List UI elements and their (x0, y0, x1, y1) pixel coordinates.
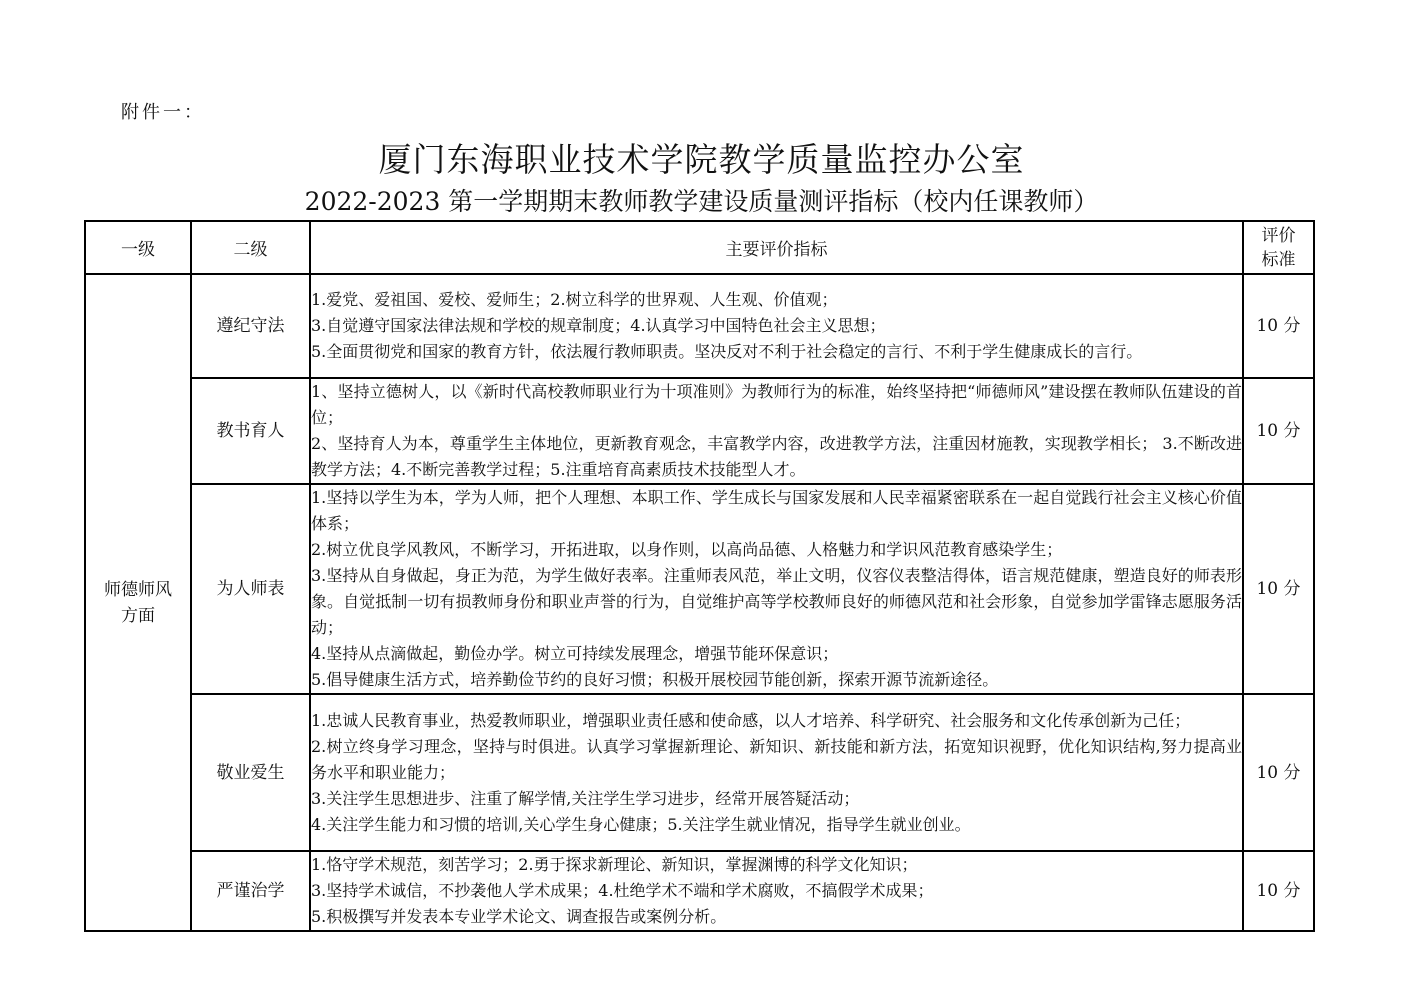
indicators-cell: 1.坚持以学生为本，学为人师，把个人理想、本职工作、学生成长与国家发展和人民幸福… (310, 484, 1243, 694)
indicator-item: 1.爱党、爱祖国、爱校、爱师生；2.树立科学的世界观、人生观、价值观； (311, 287, 1242, 313)
document-subtitle: 2022-2023 第一学期期末教师教学建设质量测评指标（校内任课教师） (0, 184, 1403, 220)
score-cell: 10 分 (1243, 694, 1314, 851)
indicator-item: 3.坚持学术诚信，不抄袭他人学术成果；4.杜绝学术不端和学术腐败，不搞假学术成果… (311, 878, 1242, 904)
document-title: 厦门东海职业技术学院教学质量监控办公室 (0, 138, 1403, 182)
indicator-item: 5.全面贯彻党和国家的教育方针，依法履行教师职责。坚决反对不利于社会稳定的言行、… (311, 339, 1242, 365)
header-level1: 一级 (85, 221, 191, 274)
level2-cell: 敬业爱生 (191, 694, 310, 851)
score-cell: 10 分 (1243, 274, 1314, 378)
table-header-row: 一级 二级 主要评价指标 评价 标准 (85, 221, 1314, 274)
score-cell: 10 分 (1243, 378, 1314, 484)
attachment-label: 附件一： (121, 98, 205, 124)
indicator-item: 3.自觉遵守国家法律法规和学校的规章制度；4.认真学习中国特色社会主义思想； (311, 313, 1242, 339)
indicator-item: 2、坚持育人为本，尊重学生主体地位，更新教育观念，丰富教学内容，改进教学方法，注… (311, 431, 1242, 483)
indicator-item: 1.忠诚人民教育事业，热爱教师职业，增强职业责任感和使命感，以人才培养、科学研究… (311, 708, 1242, 734)
score-cell: 10 分 (1243, 851, 1314, 931)
level2-cell: 严谨治学 (191, 851, 310, 931)
table-row: 师德师风 方面 遵纪守法 1.爱党、爱祖国、爱校、爱师生；2.树立科学的世界观、… (85, 274, 1314, 378)
indicators-cell: 1.忠诚人民教育事业，热爱教师职业，增强职业责任感和使命感，以人才培养、科学研究… (310, 694, 1243, 851)
indicators-cell: 1.爱党、爱祖国、爱校、爱师生；2.树立科学的世界观、人生观、价值观； 3.自觉… (310, 274, 1243, 378)
indicator-item: 4.坚持从点滴做起，勤俭办学。树立可持续发展理念，增强节能环保意识； (311, 641, 1242, 667)
level2-cell: 教书育人 (191, 378, 310, 484)
level2-cell: 遵纪守法 (191, 274, 310, 378)
level1-label-line1: 师德师风 (86, 577, 190, 603)
evaluation-table: 一级 二级 主要评价指标 评价 标准 师德师风 方面 遵纪守法 1.爱党、爱祖国… (84, 220, 1315, 932)
score-cell: 10 分 (1243, 484, 1314, 694)
indicator-item: 5.积极撰写并发表本专业学术论文、调查报告或案例分析。 (311, 904, 1242, 930)
level1-label-line2: 方面 (86, 603, 190, 629)
level1-cell: 师德师风 方面 (85, 274, 191, 931)
indicator-item: 2.树立终身学习理念，坚持与时俱进。认真学习掌握新理论、新知识、新技能和新方法，… (311, 734, 1242, 786)
table-row: 为人师表 1.坚持以学生为本，学为人师，把个人理想、本职工作、学生成长与国家发展… (85, 484, 1314, 694)
indicator-item: 1.坚持以学生为本，学为人师，把个人理想、本职工作、学生成长与国家发展和人民幸福… (311, 485, 1242, 537)
indicator-item: 1、坚持立德树人，以《新时代高校教师职业行为十项准则》为教师行为的标准，始终坚持… (311, 379, 1242, 431)
indicator-item: 5.倡导健康生活方式，培养勤俭节约的良好习惯；积极开展校园节能创新，探索开源节流… (311, 667, 1242, 693)
indicators-cell: 1、坚持立德树人，以《新时代高校教师职业行为十项准则》为教师行为的标准，始终坚持… (310, 378, 1243, 484)
indicator-item: 4.关注学生能力和习惯的培训,关心学生身心健康；5.关注学生就业情况，指导学生就… (311, 812, 1242, 838)
table-row: 严谨治学 1.恪守学术规范，刻苦学习；2.勇于探求新理论、新知识，掌握渊博的科学… (85, 851, 1314, 931)
table-row: 教书育人 1、坚持立德树人，以《新时代高校教师职业行为十项准则》为教师行为的标准… (85, 378, 1314, 484)
table-row: 敬业爱生 1.忠诚人民教育事业，热爱教师职业，增强职业责任感和使命感，以人才培养… (85, 694, 1314, 851)
header-indicators: 主要评价指标 (310, 221, 1243, 274)
header-score: 评价 标准 (1243, 221, 1314, 274)
indicators-cell: 1.恪守学术规范，刻苦学习；2.勇于探求新理论、新知识，掌握渊博的科学文化知识；… (310, 851, 1243, 931)
header-score-line1: 评价 (1244, 224, 1313, 248)
indicator-item: 2.树立优良学风教风，不断学习，开拓进取，以身作则，以高尚品德、人格魅力和学识风… (311, 537, 1242, 563)
indicator-item: 3.坚持从自身做起，身正为范，为学生做好表率。注重师表风范，举止文明，仪容仪表整… (311, 563, 1242, 641)
header-score-line2: 标准 (1244, 248, 1313, 272)
indicator-item: 3.关注学生思想进步、注重了解学情,关注学生学习进步，经常开展答疑活动； (311, 786, 1242, 812)
indicator-item: 1.恪守学术规范，刻苦学习；2.勇于探求新理论、新知识，掌握渊博的科学文化知识； (311, 852, 1242, 878)
level2-cell: 为人师表 (191, 484, 310, 694)
header-level2: 二级 (191, 221, 310, 274)
